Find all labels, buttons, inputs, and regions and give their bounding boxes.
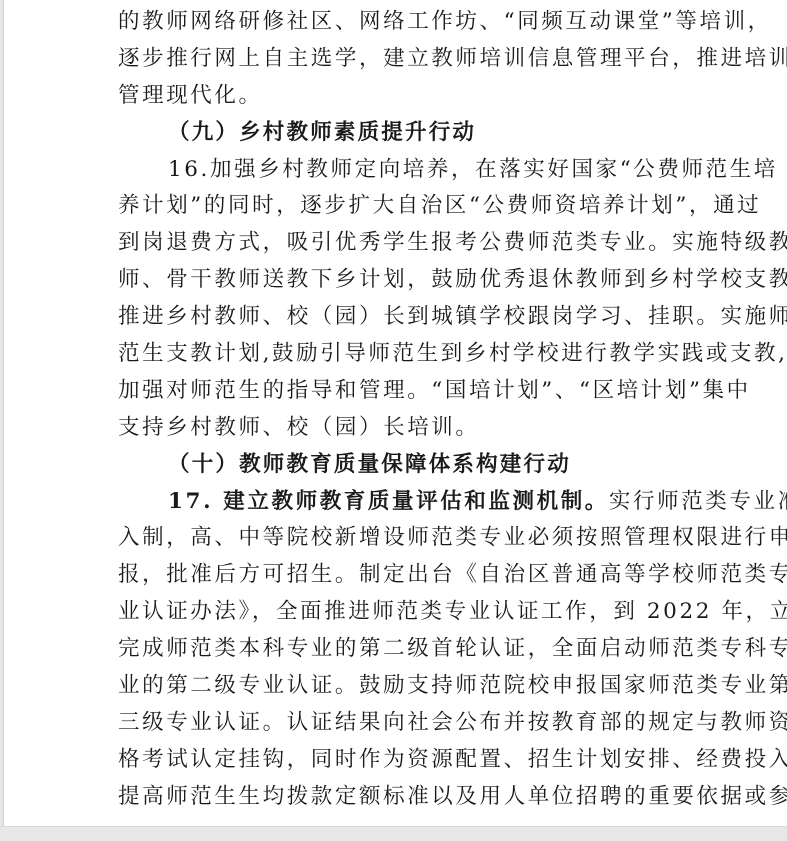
body-line: 范生支教计划,鼓励引导师范生到乡村学校进行教学实践或支教,: [118, 336, 714, 373]
body-line: 完成师范类本科专业的第二级首轮认证，全面启动师范类专科专: [118, 631, 714, 668]
body-line: 养计划”的同时，逐步扩大自治区“公费师资培养计划”，通过: [118, 188, 714, 225]
body-line: 三级专业认证。认证结果向社会公布并按教育部的规定与教师资: [118, 705, 714, 742]
body-line: 报，批准后方可招生。制定出台《自治区普通高等学校师范类专: [118, 557, 714, 594]
paragraph-16-first-line: 16.加强乡村教师定向培养，在落实好国家“公费师范生培: [118, 152, 714, 189]
paragraph-17-rest: 实行师范类专业准: [609, 489, 787, 514]
body-line: 逐步推行网上自主选学，建立教师培训信息管理平台，推进培训: [118, 41, 714, 78]
body-line: 提高师范生生均拨款定额标准以及用人单位招聘的重要依据或参: [118, 779, 714, 816]
document-body: 的教师网络研修社区、网络工作坊、“同频互动课堂”等培训， 逐步推行网上自主选学，…: [118, 4, 714, 816]
body-line: 业认证办法》，全面推进师范类专业认证工作，到 2022 年，立争: [118, 594, 714, 631]
paragraph-17-first-line: 17. 建立教师教育质量评估和监测机制。实行师范类专业准: [118, 484, 714, 521]
viewer-bottom-edge: [0, 826, 787, 841]
body-line: 加强对师范生的指导和管理。“国培计划”、“区培计划”集中: [118, 373, 714, 410]
section-heading-10: （十）教师教育质量保障体系构建行动: [118, 447, 714, 484]
body-line: 到岗退费方式，吸引优秀学生报考公费师范类专业。实施特级教: [118, 225, 714, 262]
section-heading-9: （九）乡村教师素质提升行动: [118, 115, 714, 152]
body-line: 业的第二级专业认证。鼓励支持师范院校申报国家师范类专业第: [118, 668, 714, 705]
body-line: 支持乡村教师、校（园）长培训。: [118, 410, 714, 447]
body-line: 师、骨干教师送教下乡计划，鼓励优秀退休教师到乡村学校支教。: [118, 262, 714, 299]
body-line: 的教师网络研修社区、网络工作坊、“同频互动课堂”等培训，: [118, 4, 714, 41]
body-line: 管理现代化。: [118, 78, 714, 115]
body-line: 推进乡村教师、校（园）长到城镇学校跟岗学习、挂职。实施师: [118, 299, 714, 336]
body-line: 入制，高、中等院校新增设师范类专业必须按照管理权限进行申: [118, 520, 714, 557]
paragraph-17-lead: 17. 建立教师教育质量评估和监测机制。: [168, 489, 609, 514]
body-line: 格考试认定挂钩，同时作为资源配置、招生计划安排、经费投入、: [118, 742, 714, 779]
document-page: 的教师网络研修社区、网络工作坊、“同频互动课堂”等培训， 逐步推行网上自主选学，…: [3, 0, 787, 826]
